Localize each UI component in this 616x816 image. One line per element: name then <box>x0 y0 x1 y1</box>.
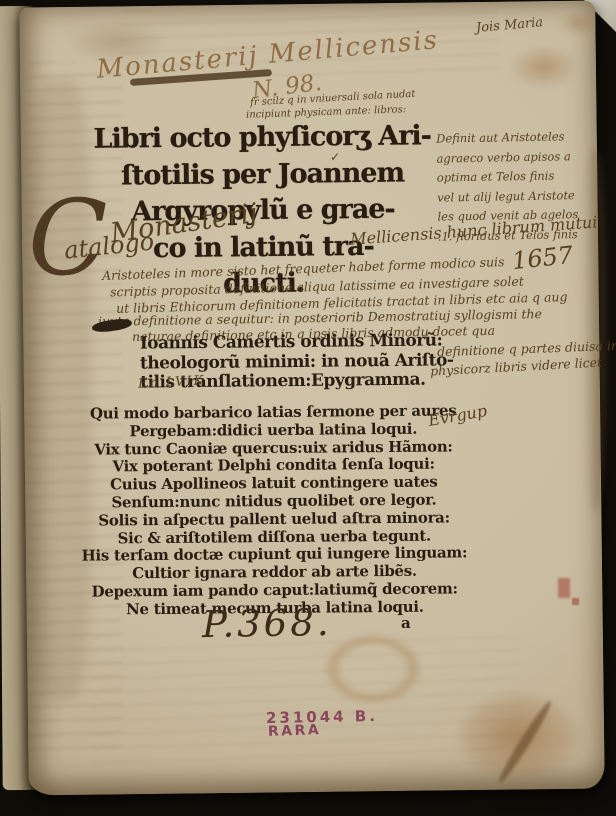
top-right-leaf-corner <box>584 0 616 32</box>
handwritten-page-number: P.368. <box>202 601 332 646</box>
title-line: ſtotilis per Joannem <box>55 154 469 195</box>
show-through-text <box>90 636 520 766</box>
printed-poem: Qui modo barbarico latias ſermone per au… <box>59 402 489 619</box>
stain <box>498 38 590 96</box>
red-mark <box>572 598 579 605</box>
scanned-book-page: { "scan": { "background_color": "#0d0a07… <box>0 0 616 816</box>
rara-stamp: RARA <box>268 722 322 740</box>
signature-mark: a <box>401 614 411 632</box>
title-line: Libri octo phyſicorʒ Ari- <box>55 118 469 159</box>
stain <box>495 699 554 786</box>
red-mark <box>558 578 570 598</box>
underlying-leaf-edge <box>0 6 39 790</box>
stain <box>438 678 598 796</box>
year-inscription: 1657 <box>511 241 575 275</box>
stain <box>552 6 604 40</box>
owner-inscription-top-right: Jois Maria <box>475 15 543 36</box>
